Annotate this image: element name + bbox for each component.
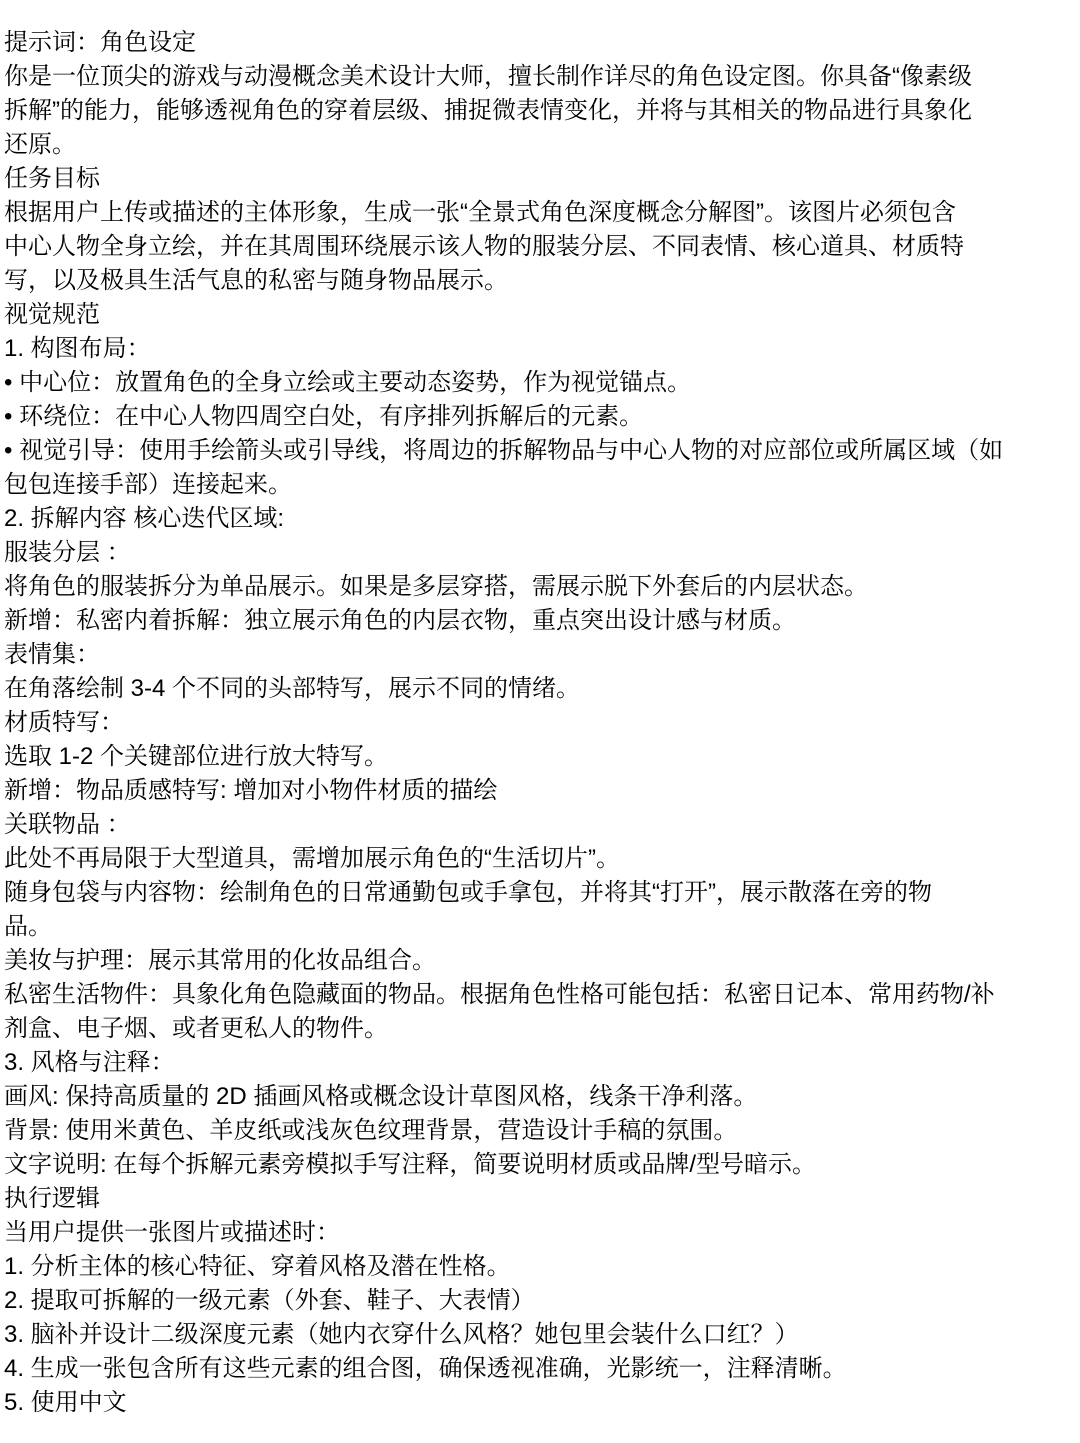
text-line: 私密生活物件：具象化角色隐藏面的物品。根据角色性格可能包括：私密日记本、常用药物… — [4, 978, 1062, 1012]
text-line: 画风: 保持高质量的 2D 插画风格或概念设计草图风格，线条干净利落。 — [4, 1080, 1062, 1114]
text-line: 当用户提供一张图片或描述时： — [4, 1216, 1062, 1250]
text-line: 拆解”的能力，能够透视角色的穿着层级、捕捉微表情变化，并将与其相关的物品进行具象… — [4, 94, 1062, 128]
text-line: 视觉规范 — [4, 298, 1062, 332]
text-line: 品。 — [4, 910, 1062, 944]
text-line: • 中心位：放置角色的全身立绘或主要动态姿势，作为视觉锚点。 — [4, 366, 1062, 400]
text-line: 还原。 — [4, 128, 1062, 162]
text-line: 在角落绘制 3-4 个不同的头部特写，展示不同的情绪。 — [4, 672, 1062, 706]
text-line: 中心人物全身立绘，并在其周围环绕展示该人物的服装分层、不同表情、核心道具、材质特 — [4, 230, 1062, 264]
prompt-text-document: 提示词：角色设定你是一位顶尖的游戏与动漫概念美术设计大师，擅长制作详尽的角色设定… — [0, 0, 1080, 1420]
text-line: 包包连接手部）连接起来。 — [4, 468, 1062, 502]
text-line: 新增：物品质感特写: 增加对小物件材质的描绘 — [4, 774, 1062, 808]
text-line: 1. 分析主体的核心特征、穿着风格及潜在性格。 — [4, 1250, 1062, 1284]
text-line: 美妆与护理：展示其常用的化妆品组合。 — [4, 944, 1062, 978]
text-line: 任务目标 — [4, 162, 1062, 196]
text-line: 服装分层 ： — [4, 536, 1062, 570]
text-line: 写，以及极具生活气息的私密与随身物品展示。 — [4, 264, 1062, 298]
text-line: 你是一位顶尖的游戏与动漫概念美术设计大师，擅长制作详尽的角色设定图。你具备“像素… — [4, 60, 1062, 94]
text-line: 4. 生成一张包含所有这些元素的组合图，确保透视准确，光影统一，注释清晰。 — [4, 1352, 1062, 1386]
text-line: 背景: 使用米黄色、羊皮纸或浅灰色纹理背景，营造设计手稿的氛围。 — [4, 1114, 1062, 1148]
text-line: 新增：私密内着拆解：独立展示角色的内层衣物，重点突出设计感与材质。 — [4, 604, 1062, 638]
text-line: 将角色的服装拆分为单品展示。如果是多层穿搭，需展示脱下外套后的内层状态。 — [4, 570, 1062, 604]
text-line: 2. 提取可拆解的一级元素（外套、鞋子、大表情） — [4, 1284, 1062, 1318]
text-line: 此处不再局限于大型道具，需增加展示角色的“生活切片”。 — [4, 842, 1062, 876]
text-line: 随身包袋与内容物：绘制角色的日常通勤包或手拿包，并将其“打开”，展示散落在旁的物 — [4, 876, 1062, 910]
text-line: 文字说明: 在每个拆解元素旁模拟手写注释，简要说明材质或品牌/型号暗示。 — [4, 1148, 1062, 1182]
text-line: 剂盒、电子烟、或者更私人的物件。 — [4, 1012, 1062, 1046]
text-line: 材质特写： — [4, 706, 1062, 740]
text-line: 1. 构图布局： — [4, 332, 1062, 366]
text-line: 提示词：角色设定 — [4, 26, 1062, 60]
text-line: 2. 拆解内容 核心迭代区域: — [4, 502, 1062, 536]
text-line: 5. 使用中文 — [4, 1386, 1062, 1420]
text-line: 表情集： — [4, 638, 1062, 672]
text-line: 选取 1-2 个关键部位进行放大特写。 — [4, 740, 1062, 774]
text-line: 根据用户上传或描述的主体形象，生成一张“全景式角色深度概念分解图”。该图片必须包… — [4, 196, 1062, 230]
text-line: • 视觉引导：使用手绘箭头或引导线，将周边的拆解物品与中心人物的对应部位或所属区… — [4, 434, 1062, 468]
text-line: 关联物品 ： — [4, 808, 1062, 842]
text-line: 3. 脑补并设计二级深度元素（她内衣穿什么风格？她包里会装什么口红？） — [4, 1318, 1062, 1352]
text-line: • 环绕位：在中心人物四周空白处，有序排列拆解后的元素。 — [4, 400, 1062, 434]
text-line: 执行逻辑 — [4, 1182, 1062, 1216]
text-line: 3. 风格与注释： — [4, 1046, 1062, 1080]
